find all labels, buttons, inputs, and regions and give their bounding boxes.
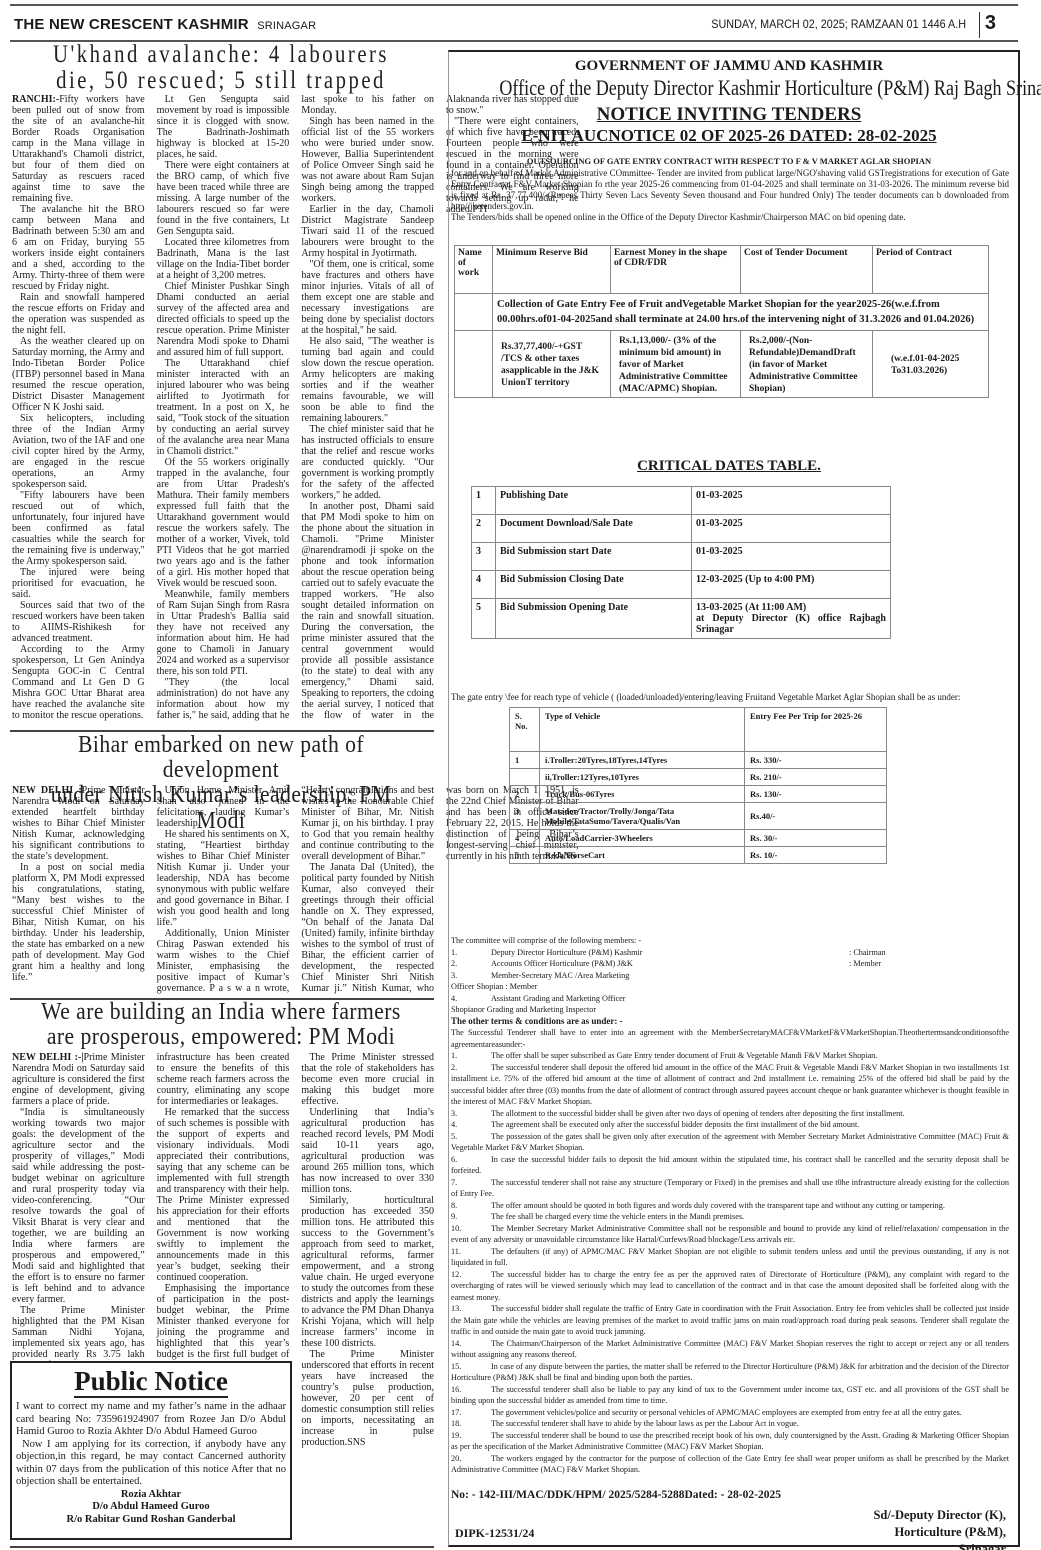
term-item: 5.The possession of the gates shall be g…	[451, 1131, 1009, 1154]
paper-name: THE NEW CRESCENT KASHMIR SRINAGAR	[14, 16, 316, 33]
col-header: Type of Vehicle	[540, 708, 745, 752]
story2-body: NEW DELHI :Prime Minister Narendra Modi …	[12, 785, 434, 995]
vehicle-type: i.Troller:20Tyres,18Tyres,14Tyres	[540, 752, 745, 769]
story-paragraph: Chief Minister Pushkar Singh Dhami condu…	[157, 281, 290, 358]
row-number: 5	[472, 599, 496, 639]
terms-heading: The other terms & conditions are as unde…	[451, 1016, 1009, 1028]
story-paragraph: Meanwhile, family members of Ram Sujan S…	[157, 589, 290, 677]
term-item: 11.The defaulters (if any) of APMC/MAC F…	[451, 1246, 1009, 1269]
date-value: 13-03-2025 (At 11:00 AM)at Deputy Direct…	[692, 599, 891, 639]
story-paragraph: Sources said that two of the rescued wor…	[12, 600, 145, 644]
term-item: 9.The fee shall be charged every time th…	[451, 1211, 1009, 1223]
story-paragraph: “India is simultaneously working towards…	[12, 1107, 145, 1305]
row-number	[510, 769, 540, 786]
critical-date-row: 2Document Download/Sale Date01-03-2025	[472, 515, 891, 543]
term-item: 20.The workers engaged by the contractor…	[451, 1453, 1009, 1476]
page-number: 3	[985, 12, 996, 35]
critical-dates-title: CRITICAL DATES TABLE.	[449, 458, 1009, 475]
public-notice-body: I want to correct my name and my father’…	[16, 1401, 286, 1439]
date-label: Bid Submission Opening Date	[496, 599, 692, 639]
dateline: RANCHI:-	[12, 94, 59, 105]
story-paragraph: "Fifty labourers have been rescued out o…	[12, 490, 145, 567]
committee-member: 4.Assistant Grading and Marketing Office…	[451, 993, 1009, 1005]
col-header: Minimum Reserve Bid	[493, 246, 611, 294]
entry-fee: Rs.40/-	[745, 803, 887, 830]
committee-member: Shopianor Grading and Marketing Inspecto…	[451, 1004, 1009, 1016]
story-paragraph: Earlier in the day, Chamoli District Mag…	[301, 204, 434, 259]
story-paragraph: Similarly, horticultural production has …	[301, 1195, 434, 1349]
story-paragraph: Singh has been named in the official lis…	[301, 116, 434, 204]
story-paragraph: The avalanche hit the BRO camp between M…	[12, 204, 145, 292]
story-paragraph: The Uttarakhand chief minister interacte…	[157, 358, 290, 457]
story-paragraph: In a post on social media platform X, PM…	[12, 862, 145, 983]
term-item: 17.The government vehicles/police and se…	[451, 1407, 1009, 1419]
story1-body: RANCHI:-Fifty workers have been pulled o…	[12, 94, 434, 726]
top-rule	[10, 4, 1018, 6]
term-item: 10.The Member Secretary Market Administr…	[451, 1223, 1009, 1246]
date-label: Document Download/Sale Date	[496, 515, 692, 543]
critical-date-row: 4Bid Submission Closing Date12-03-2025 (…	[472, 571, 891, 599]
story-paragraph: The Prime Minister stressed that the rol…	[301, 1052, 434, 1107]
signature-block: Sd/-Deputy Director (K), Horticulture (P…	[873, 1507, 1006, 1550]
headline-line: We are building an India where farmers	[29, 1000, 412, 1025]
entry-fee: Rs. 30/-	[745, 830, 887, 847]
term-item: 3.The allotment to the successful bidder…	[451, 1108, 1009, 1120]
signature-line: Sd/-Deputy Director (K),	[873, 1507, 1006, 1524]
intro-paragraph: The Tenders/bids shall be opened online …	[451, 212, 1009, 223]
date-value: 01-03-2025	[692, 543, 891, 571]
term-item: 8.The offer amount should be quoted in b…	[451, 1200, 1009, 1212]
story-paragraph: Underlining that India’s agricultural pr…	[301, 1107, 434, 1195]
city: SRINAGAR	[257, 20, 316, 32]
tender-main-table: Name of work Minimum Reserve Bid Earnest…	[454, 245, 989, 398]
story-paragraph: Of the 55 workers originally trapped in …	[157, 457, 290, 589]
tender-notice: GOVERNMENT OF JAMMU AND KASHMIR Office o…	[448, 50, 1020, 1547]
tender-subject: OUTSOURCING OF GATE ENTRY CONTRACT WITH …	[449, 156, 1009, 166]
intro-paragraph: for and on behalf of Market Administrati…	[451, 168, 1009, 212]
public-notice: Public Notice I want to correct my name …	[10, 1361, 292, 1540]
headline-line: die, 50 rescued; 5 still trapped	[44, 68, 398, 94]
enit-number: E-NIT AUCNOTICE 02 OF 2025-26 DATED: 28-…	[449, 126, 1009, 146]
tender-intro: for and on behalf of Market Administrati…	[451, 168, 1009, 223]
fee-row: 5Reda/HorseCartRs. 10/-	[510, 847, 887, 864]
cost-cell: Rs.2,000/-(Non-Refundable)DemandDraft (i…	[741, 331, 873, 398]
term-item: 16.The successful tenderer shall also be…	[451, 1384, 1009, 1407]
entry-fee: Rs. 130/-	[745, 786, 887, 803]
notice-title: NOTICE INVITING TENDERS	[449, 104, 1009, 126]
vehicle-fee-table: S. No.Type of VehicleEntry Fee Per Trip …	[509, 707, 887, 864]
fee-row: 2Truck/Bus-06TyresRs. 130/-	[510, 786, 887, 803]
story-paragraph: He remarked that the success of such sch…	[157, 1107, 290, 1283]
story-paragraph: NEW DELHI :Prime Minister Narendra Modi …	[12, 785, 145, 862]
committee-member: Officer Shopian : Member	[451, 981, 1009, 993]
date-value: 01-03-2025	[692, 487, 891, 515]
signatory-address: R/o Rabitar Gund Roshan Ganderbal	[16, 1514, 286, 1527]
row-number: 2	[510, 786, 540, 803]
dipk-number: DIPK-12531/24	[455, 1526, 534, 1541]
term-item: 18.The successful tenderer shall have to…	[451, 1418, 1009, 1430]
row-number: 1	[510, 752, 540, 769]
committee-member: 1.Deputy Director Horticulture (P&M) Kas…	[451, 947, 1009, 959]
entry-fee: Rs. 210/-	[745, 769, 887, 786]
story-paragraph: Located three kilometres from Badrinath,…	[157, 237, 290, 281]
signatory-parent: D/o Abdul Hameed Guroo	[16, 1501, 286, 1514]
term-item: 14.The Chairman/Chairperson of the Marke…	[451, 1338, 1009, 1361]
col-header: Earnest Money in the shape of CDR/FDR	[611, 246, 741, 294]
signature-line: Horticulture (P&M),	[873, 1524, 1006, 1541]
terms-section: The committee will comprise of the follo…	[451, 935, 1009, 1476]
story3-headline: We are building an India where farmers a…	[29, 1000, 412, 1050]
min-bid-cell: Rs.37,77,400/-+GST /TCS & other taxes as…	[493, 331, 611, 398]
entry-fee: Rs. 10/-	[745, 847, 887, 864]
term-item: 2.The successful tenderer shall deposit …	[451, 1062, 1009, 1108]
public-notice-body: Now I am applying for its correction, if…	[16, 1439, 286, 1489]
dateline: NEW DELHI :-|	[12, 1052, 84, 1063]
committee-member: 3.Member-Secretary MAC /Area Marketing	[451, 970, 1009, 982]
headline-line: U'khand avalanche: 4 labourers	[44, 42, 398, 68]
row-number: 4	[472, 571, 496, 599]
date-label: Bid Submission Closing Date	[496, 571, 692, 599]
col-header: Cost of Tender Document	[741, 246, 873, 294]
headline-line: are prosperous, empowered: PM Modi	[29, 1025, 412, 1050]
term-item: 7.The successful tenderer shall not rais…	[451, 1177, 1009, 1200]
table-cell	[455, 294, 493, 331]
row-number: 5	[510, 847, 540, 864]
divider	[979, 12, 980, 38]
story-paragraph: He shared his sentiments on X, stating, …	[157, 829, 290, 928]
date-value: 12-03-2025 (Up to 4:00 PM)	[692, 571, 891, 599]
bottom-divider	[10, 1546, 434, 1548]
period-cell: (w.e.f.01-04-2025 To31.03.2026)	[873, 331, 989, 398]
story-paragraph: Rain and snowfall hampered the rescue ef…	[12, 292, 145, 336]
story-paragraph: The Prime Minister underscored that effo…	[301, 1349, 434, 1448]
table-cell	[455, 331, 493, 398]
critical-dates-table: 1Publishing Date01-03-20252Document Down…	[471, 486, 891, 639]
vehicle-type: Truck/Bus-06Tyres	[540, 786, 745, 803]
story-paragraph: As the weather cleared up on Saturday mo…	[12, 336, 145, 413]
term-item: 15.In case of any dispute between the pa…	[451, 1361, 1009, 1384]
col-header: Period of Contract	[873, 246, 989, 294]
story-paragraph: According to the Army spokesperson, Lt G…	[12, 644, 145, 721]
term-item: 1.The offer shall be super subscribed as…	[451, 1050, 1009, 1062]
story-paragraph: NEW DELHI :-|Prime Minister Narendra Mod…	[12, 1052, 145, 1107]
story-paragraph: The chief minister said that he has inst…	[301, 424, 434, 501]
fee-row: 1i.Troller:20Tyres,18Tyres,14TyresRs. 33…	[510, 752, 887, 769]
office-title: Office of the Deputy Director Kashmir Ho…	[499, 75, 958, 101]
row-number: 2	[472, 515, 496, 543]
fee-row: ii,Troller:12Tyres,10TyresRs. 210/-	[510, 769, 887, 786]
date-label: Publishing Date	[496, 487, 692, 515]
story-paragraph: He also said, "The weather is turning ba…	[301, 336, 434, 424]
story-paragraph: Six helicopters, including three of the …	[12, 413, 145, 490]
date-value: 01-03-2025	[692, 515, 891, 543]
col-header: Name of work	[455, 246, 493, 294]
story-paragraph: There were eight containers at the BRO c…	[157, 160, 290, 237]
col-header: S. No.	[510, 708, 540, 752]
row-number: 3	[510, 803, 540, 830]
date-label: Bid Submission start Date	[496, 543, 692, 571]
critical-date-row: 1Publishing Date01-03-2025	[472, 487, 891, 515]
term-item: 12.The successful bidder has to charge t…	[451, 1269, 1009, 1304]
story-paragraph: "Of them, one is critical, some have fra…	[301, 259, 434, 336]
earnest-money-cell: Rs.1,13,000/- (3% of the minimum bid amo…	[611, 331, 741, 398]
vehicle-type: Reda/HorseCart	[540, 847, 745, 864]
critical-date-row: 3Bid Submission start Date01-03-2025	[472, 543, 891, 571]
col-header: Entry Fee Per Trip for 2025-26	[745, 708, 887, 752]
term-item: 6.In case the successful bidder fails to…	[451, 1154, 1009, 1177]
row-number: 1	[472, 487, 496, 515]
committee-intro: The committee will comprise of the follo…	[451, 935, 1009, 947]
fee-row: 4Auto/LoadCarrier-3WheelersRs. 30/-	[510, 830, 887, 847]
story-paragraph: Lt Gen Sengupta said movement by road is…	[157, 94, 290, 160]
public-notice-title: Public Notice	[16, 1365, 286, 1397]
story-paragraph: Union Home Minister Amit Shah also joine…	[157, 785, 290, 829]
term-item: 13.The successful bidder shall regulate …	[451, 1303, 1009, 1338]
signatory-name: Rozia Akhtar	[16, 1489, 286, 1502]
term-item: 4.The agreement shall be executed only a…	[451, 1119, 1009, 1131]
terms-intro: The Successful Tenderer shall have to en…	[451, 1027, 1009, 1050]
row-number: 3	[472, 543, 496, 571]
term-item: 19.The successful tenderer shall be boun…	[451, 1430, 1009, 1453]
entry-fee: Rs. 330/-	[745, 752, 887, 769]
signature-line: Srinagar	[873, 1541, 1006, 1550]
row-number: 4	[510, 830, 540, 847]
story-paragraph: The injured were being prioritised for e…	[12, 567, 145, 600]
vehicle-type: Matador/Tractor/Trolly/Jonga/Tata Mobile…	[540, 803, 745, 830]
story-paragraph: RANCHI:-Fifty workers have been pulled o…	[12, 94, 145, 204]
date-line: SUNDAY, MARCH 02, 2025; RAMZAAN 01 1446 …	[711, 17, 966, 31]
work-description: Collection of Gate Entry Fee of Fruit an…	[493, 294, 989, 331]
story1-headline: U'khand avalanche: 4 labourers die, 50 r…	[44, 42, 398, 95]
vehicle-type: Auto/LoadCarrier-3Wheelers	[540, 830, 745, 847]
vehicle-type: ii,Troller:12Tyres,10Tyres	[540, 769, 745, 786]
committee-member: 2.Accounts Officer Horticulture (P&M) J&…	[451, 958, 1009, 970]
headline-line: Bihar embarked on new path of developmen…	[29, 733, 412, 783]
dateline: NEW DELHI :	[12, 785, 82, 796]
reference-number: No: - 142-III/MAC/DDK/HPM/ 2025/5284-528…	[451, 1489, 781, 1501]
fee-row: 3Matador/Tractor/Trolly/Jonga/Tata Mobil…	[510, 803, 887, 830]
government-title: GOVERNMENT OF JAMMU AND KASHMIR	[449, 58, 1009, 75]
critical-date-row: 5Bid Submission Opening Date13-03-2025 (…	[472, 599, 891, 639]
masthead: THE NEW CRESCENT KASHMIR SRINAGAR SUNDAY…	[12, 12, 1018, 38]
fee-intro: The gate entry \fee for reach type of ve…	[451, 692, 1007, 703]
